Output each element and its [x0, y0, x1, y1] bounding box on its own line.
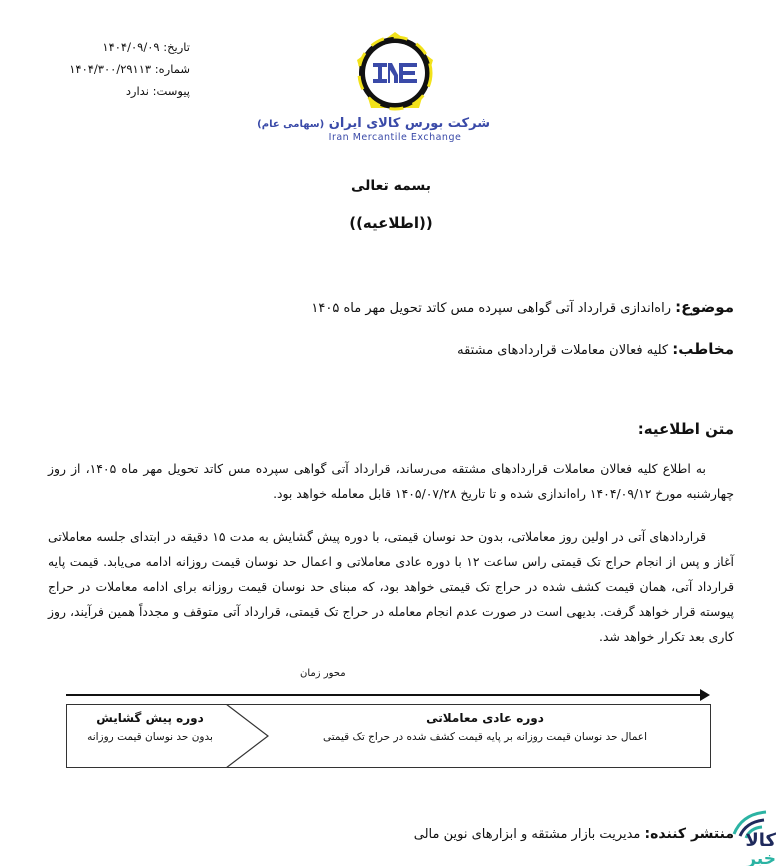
date-label: تاریخ: — [163, 40, 190, 54]
paragraph-1-text: به اطلاع کلیه فعالان معاملات قراردادهای … — [48, 461, 734, 501]
number-label: شماره: — [155, 62, 190, 76]
invocation-title: بسمه تعالی — [0, 178, 782, 194]
addressee-line: مخاطب: کلیه فعالان معاملات قراردادهای مش… — [457, 340, 734, 358]
letter-meta: تاریخ: ۱۴۰۴/۰۹/۰۹ شماره: ۱۴۰۴/۳۰۰/۲۹۱۱۳ … — [60, 36, 190, 102]
addressee-value: کلیه فعالان معاملات قراردادهای مشتقه — [457, 343, 668, 358]
stage-normal-trading-desc: اعمال حد نوسان قیمت روزانه بر پایه قیمت … — [270, 731, 700, 743]
subject-label: موضوع: — [675, 298, 734, 316]
body-paragraph-1: به اطلاع کلیه فعالان معاملات قراردادهای … — [48, 456, 734, 506]
watermark-bottom-text: خبر — [745, 849, 776, 866]
stage-pre-opening-title: دوره پیش گشایش — [70, 711, 230, 725]
publisher-line: منتشر کننده: مدیریت بازار مشتقه و ابزاره… — [414, 826, 734, 842]
body-heading: متن اطلاعیه: — [638, 420, 734, 438]
time-axis-label: محور زمان — [300, 668, 346, 679]
date-value: ۱۴۰۴/۰۹/۰۹ — [102, 40, 159, 54]
subject-value: راه‌اندازی قرارداد آتی گواهی سپرده مس کا… — [311, 301, 671, 316]
publisher-value: مدیریت بازار مشتقه و ابزارهای نوین مالی — [414, 827, 641, 842]
company-name-en: Iran Mercantile Exchange — [300, 132, 490, 143]
number-row: شماره: ۱۴۰۴/۳۰۰/۲۹۱۱۳ — [60, 58, 190, 80]
stage-pre-opening: دوره پیش گشایش بدون حد نوسان قیمت روزانه — [70, 711, 230, 743]
subject-line: موضوع: راه‌اندازی قرارداد آتی گواهی سپرد… — [311, 298, 734, 316]
attachment-row: پیوست: ندارد — [60, 80, 190, 102]
time-axis-line — [66, 694, 702, 696]
body-paragraph-2: قراردادهای آتی در اولین روز معاملاتی، بد… — [48, 524, 734, 649]
arrow-right-icon — [700, 689, 710, 701]
stage-normal-trading: دوره عادی معاملاتی اعمال حد نوسان قیمت ر… — [270, 711, 700, 743]
stage-normal-trading-title: دوره عادی معاملاتی — [270, 711, 700, 725]
attachment-label: پیوست: — [153, 84, 190, 98]
attachment-value: ندارد — [126, 84, 149, 98]
watermark-top-text: کالا — [745, 830, 776, 851]
kala-khabar-watermark-icon: کالا خبر — [716, 808, 780, 866]
date-row: تاریخ: ۱۴۰۴/۰۹/۰۹ — [60, 36, 190, 58]
company-type-text: (سهامی عام) — [257, 119, 324, 130]
chevron-separator-icon — [224, 704, 274, 768]
company-name-fa-text: شرکت بورس کالای ایران — [329, 116, 490, 131]
paragraph-2-text: قراردادهای آتی در اولین روز معاملاتی، بد… — [48, 529, 734, 644]
company-name-fa: شرکت بورس کالای ایران (سهامی عام) — [300, 116, 490, 131]
addressee-label: مخاطب: — [672, 340, 734, 358]
ime-logo: شرکت بورس کالای ایران (سهامی عام) Iran M… — [300, 30, 490, 150]
stage-pre-opening-desc: بدون حد نوسان قیمت روزانه — [70, 731, 230, 743]
announcement-title: ((اطلاعیه)) — [0, 214, 782, 232]
number-value: ۱۴۰۴/۳۰۰/۲۹۱۱۳ — [69, 62, 151, 76]
ime-emblem-icon — [353, 30, 437, 114]
